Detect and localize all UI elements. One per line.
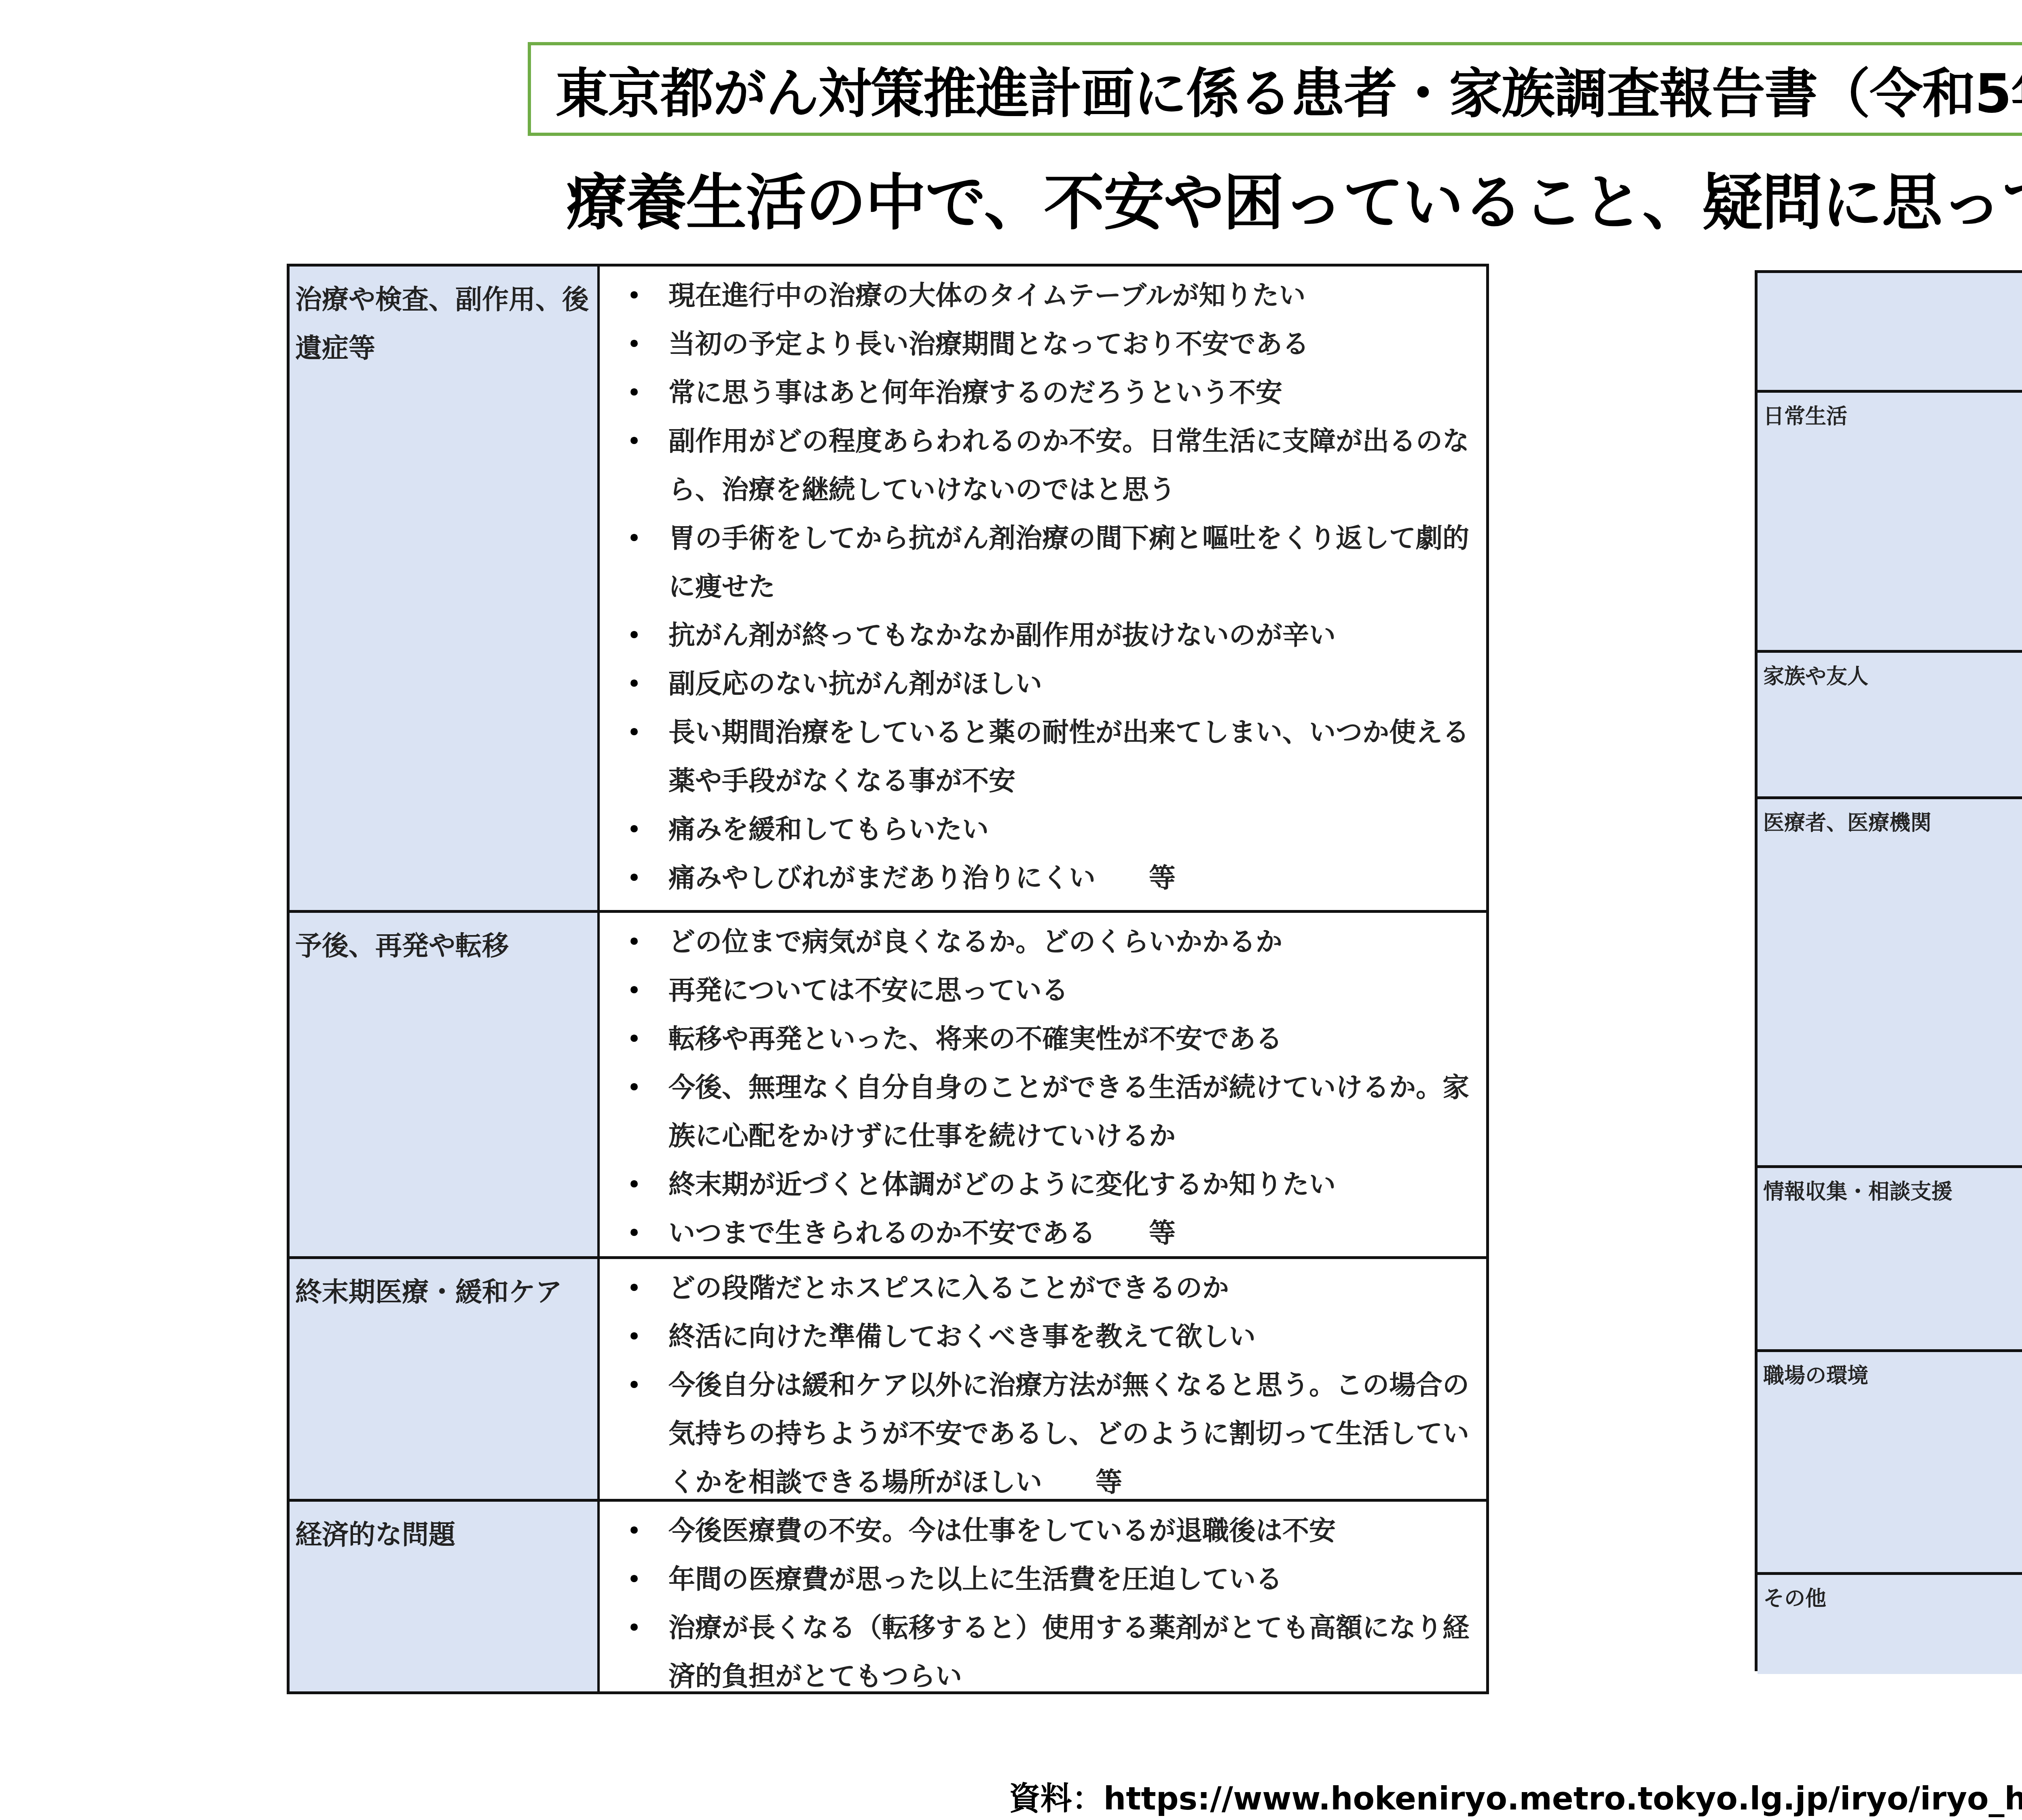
table-row: 家族や友人 •今後の治療上、介護してもらう立場として人間関係をどう作っていけば良… <box>1758 650 2022 796</box>
bullet-icon: • <box>600 1264 668 1312</box>
table-row: その他 •抗癌剤治療中のコロナ感染に対する不安 •ガンになってしまうと、あらゆる… <box>1758 1572 2022 1674</box>
bullet-icon: • <box>600 1361 668 1507</box>
category-cell: 終末期医療・緩和ケア <box>290 1259 600 1499</box>
table-row: 医療者、医療機関 •先生も、看護士さん達も、手いっぱい状態。もう少し、仕事量を減… <box>1758 796 2022 1165</box>
bullet-icon: • <box>600 1312 668 1361</box>
items-cell: •どの位まで病気が良くなるか。どのくらいかかるか •再発については不安に思ってい… <box>600 913 1486 1256</box>
list-item: •いつまで生きられるのか不安である 等 <box>600 1209 1478 1257</box>
list-item: •長い期間治療をしていると薬の耐性が出来てしまい、いつか使える薬や手段がなくなる… <box>600 708 1478 805</box>
list-item: •今後、無理なく自分自身のことができる生活が続けていけるか。家族に心配をかけずに… <box>600 1063 1478 1160</box>
bullet-icon: • <box>600 708 668 805</box>
concerns-table-right: •治療が長引くことによる生活（収入等）の不安 •高額な医療費（約10万円/月）を… <box>1755 270 2022 1671</box>
bullet-icon: • <box>600 1507 668 1555</box>
list-item: •今後自分は緩和ケア以外に治療方法が無くなると思う。この場合の気持ちの持ちようが… <box>600 1361 1478 1507</box>
table-row: 日常生活 •排便コントロールについて便回数が増えるので、トイレにすぐ行けないと困… <box>1758 390 2022 650</box>
category-cell: 家族や友人 <box>1758 653 2022 796</box>
list-item: •終末期が近づくと体調がどのように変化するか知りたい <box>600 1160 1478 1209</box>
list-item: •抗がん剤が終ってもなかなか副作用が抜けないのが辛い <box>600 611 1478 660</box>
list-item: •今後医療費の不安。今は仕事をしているが退職後は不安 <box>600 1507 1478 1555</box>
bullet-icon: • <box>600 514 668 611</box>
category-cell: 治療や検査、副作用、後遺症等 <box>290 267 600 910</box>
table-row: 情報収集・相談支援 •同じような病気を持つ人達の集まりがあるか知りたい •生殖補… <box>1758 1165 2022 1349</box>
list-item: •年間の医療費が思った以上に生活費を圧迫している <box>600 1555 1478 1604</box>
category-cell: 情報収集・相談支援 <box>1758 1168 2022 1349</box>
table-row: 予後、再発や転移 •どの位まで病気が良くなるか。どのくらいかかるか •再発につい… <box>290 910 1486 1256</box>
category-cell: 日常生活 <box>1758 393 2022 650</box>
list-item: •現在進行中の治療の大体のタイムテーブルが知りたい <box>600 271 1478 320</box>
list-item: •当初の予定より長い治療期間となっており不安である <box>600 320 1478 368</box>
category-cell: 医療者、医療機関 <box>1758 799 2022 1165</box>
table-row: 経済的な問題 •今後医療費の不安。今は仕事をしているが退職後は不安 •年間の医療… <box>290 1499 1486 1691</box>
list-item: •副反応のない抗がん剤がほしい <box>600 660 1478 708</box>
source-citation: 資料：https://www.hokeniryo.metro.tokyo.lg.… <box>1009 1773 2022 1819</box>
bullet-icon: • <box>600 417 668 514</box>
category-cell <box>1758 273 2022 390</box>
bullet-icon: • <box>600 1604 668 1701</box>
bullet-icon: • <box>600 368 668 417</box>
bullet-icon: • <box>600 966 668 1015</box>
category-cell: 経済的な問題 <box>290 1502 600 1691</box>
table-row: 職場の環境 •1年も経過すると職場の人達も、もう大丈夫なんだろみたいな感じで、仕… <box>1758 1349 2022 1572</box>
list-item: •転移や再発といった、将来の不確実性が不安である <box>600 1015 1478 1063</box>
bullet-icon: • <box>600 918 668 966</box>
list-item: •どの段階だとホスピスに入ることができるのか <box>600 1264 1478 1312</box>
bullet-icon: • <box>600 1063 668 1160</box>
bullet-icon: • <box>600 854 668 902</box>
table-row: 治療や検査、副作用、後遺症等 •現在進行中の治療の大体のタイムテーブルが知りたい… <box>290 267 1486 910</box>
bullet-icon: • <box>600 320 668 368</box>
concerns-table-left: 治療や検査、副作用、後遺症等 •現在進行中の治療の大体のタイムテーブルが知りたい… <box>287 264 1489 1694</box>
list-item: •常に思う事はあと何年治療するのだろうという不安 <box>600 368 1478 417</box>
bullet-icon: • <box>600 1160 668 1209</box>
list-item: •痛みやしびれがまだあり治りにくい 等 <box>600 854 1478 902</box>
items-cell: •どの段階だとホスピスに入ることができるのか •終活に向けた準備しておくべき事を… <box>600 1259 1486 1499</box>
bullet-icon: • <box>600 805 668 854</box>
list-item: •副作用がどの程度あらわれるのか不安。日常生活に支障が出るのなら、治療を継続して… <box>600 417 1478 514</box>
list-item: •終活に向けた準備しておくべき事を教えて欲しい <box>600 1312 1478 1361</box>
list-item: •治療が長くなる（転移すると）使用する薬剤がとても高額になり経済的負担がとてもつ… <box>600 1604 1478 1701</box>
table-row: 終末期医療・緩和ケア •どの段階だとホスピスに入ることができるのか •終活に向け… <box>290 1256 1486 1499</box>
table-row: •治療が長引くことによる生活（収入等）の不安 •高額な医療費（約10万円/月）を… <box>1758 273 2022 390</box>
report-title: 東京都がん対策推進計画に係る患者・家族調査報告書（令和5年3月） <box>555 51 2022 127</box>
bullet-icon: • <box>600 1209 668 1257</box>
category-cell: 職場の環境 <box>1758 1352 2022 1572</box>
bullet-icon: • <box>600 271 668 320</box>
list-item: •痛みを緩和してもらいたい <box>600 805 1478 854</box>
list-item: •再発については不安に思っている <box>600 966 1478 1015</box>
bullet-icon: • <box>600 611 668 660</box>
bullet-icon: • <box>600 1555 668 1604</box>
report-title-box: 東京都がん対策推進計画に係る患者・家族調査報告書（令和5年3月） <box>528 42 2022 136</box>
category-cell: 予後、再発や転移 <box>290 913 600 1256</box>
category-cell: その他 <box>1758 1575 2022 1674</box>
items-cell: •現在進行中の治療の大体のタイムテーブルが知りたい •当初の予定より長い治療期間… <box>600 267 1486 910</box>
list-item: •胃の手術をしてから抗がん剤治療の間下痢と嘔吐をくり返して劇的に痩せた <box>600 514 1478 611</box>
items-cell: •今後医療費の不安。今は仕事をしているが退職後は不安 •年間の医療費が思った以上… <box>600 1502 1486 1691</box>
page-subtitle: 療養生活の中で、不安や困っていること、疑問に思っていること <box>566 154 2022 241</box>
bullet-icon: • <box>600 1015 668 1063</box>
bullet-icon: • <box>600 660 668 708</box>
list-item: •どの位まで病気が良くなるか。どのくらいかかるか <box>600 918 1478 966</box>
